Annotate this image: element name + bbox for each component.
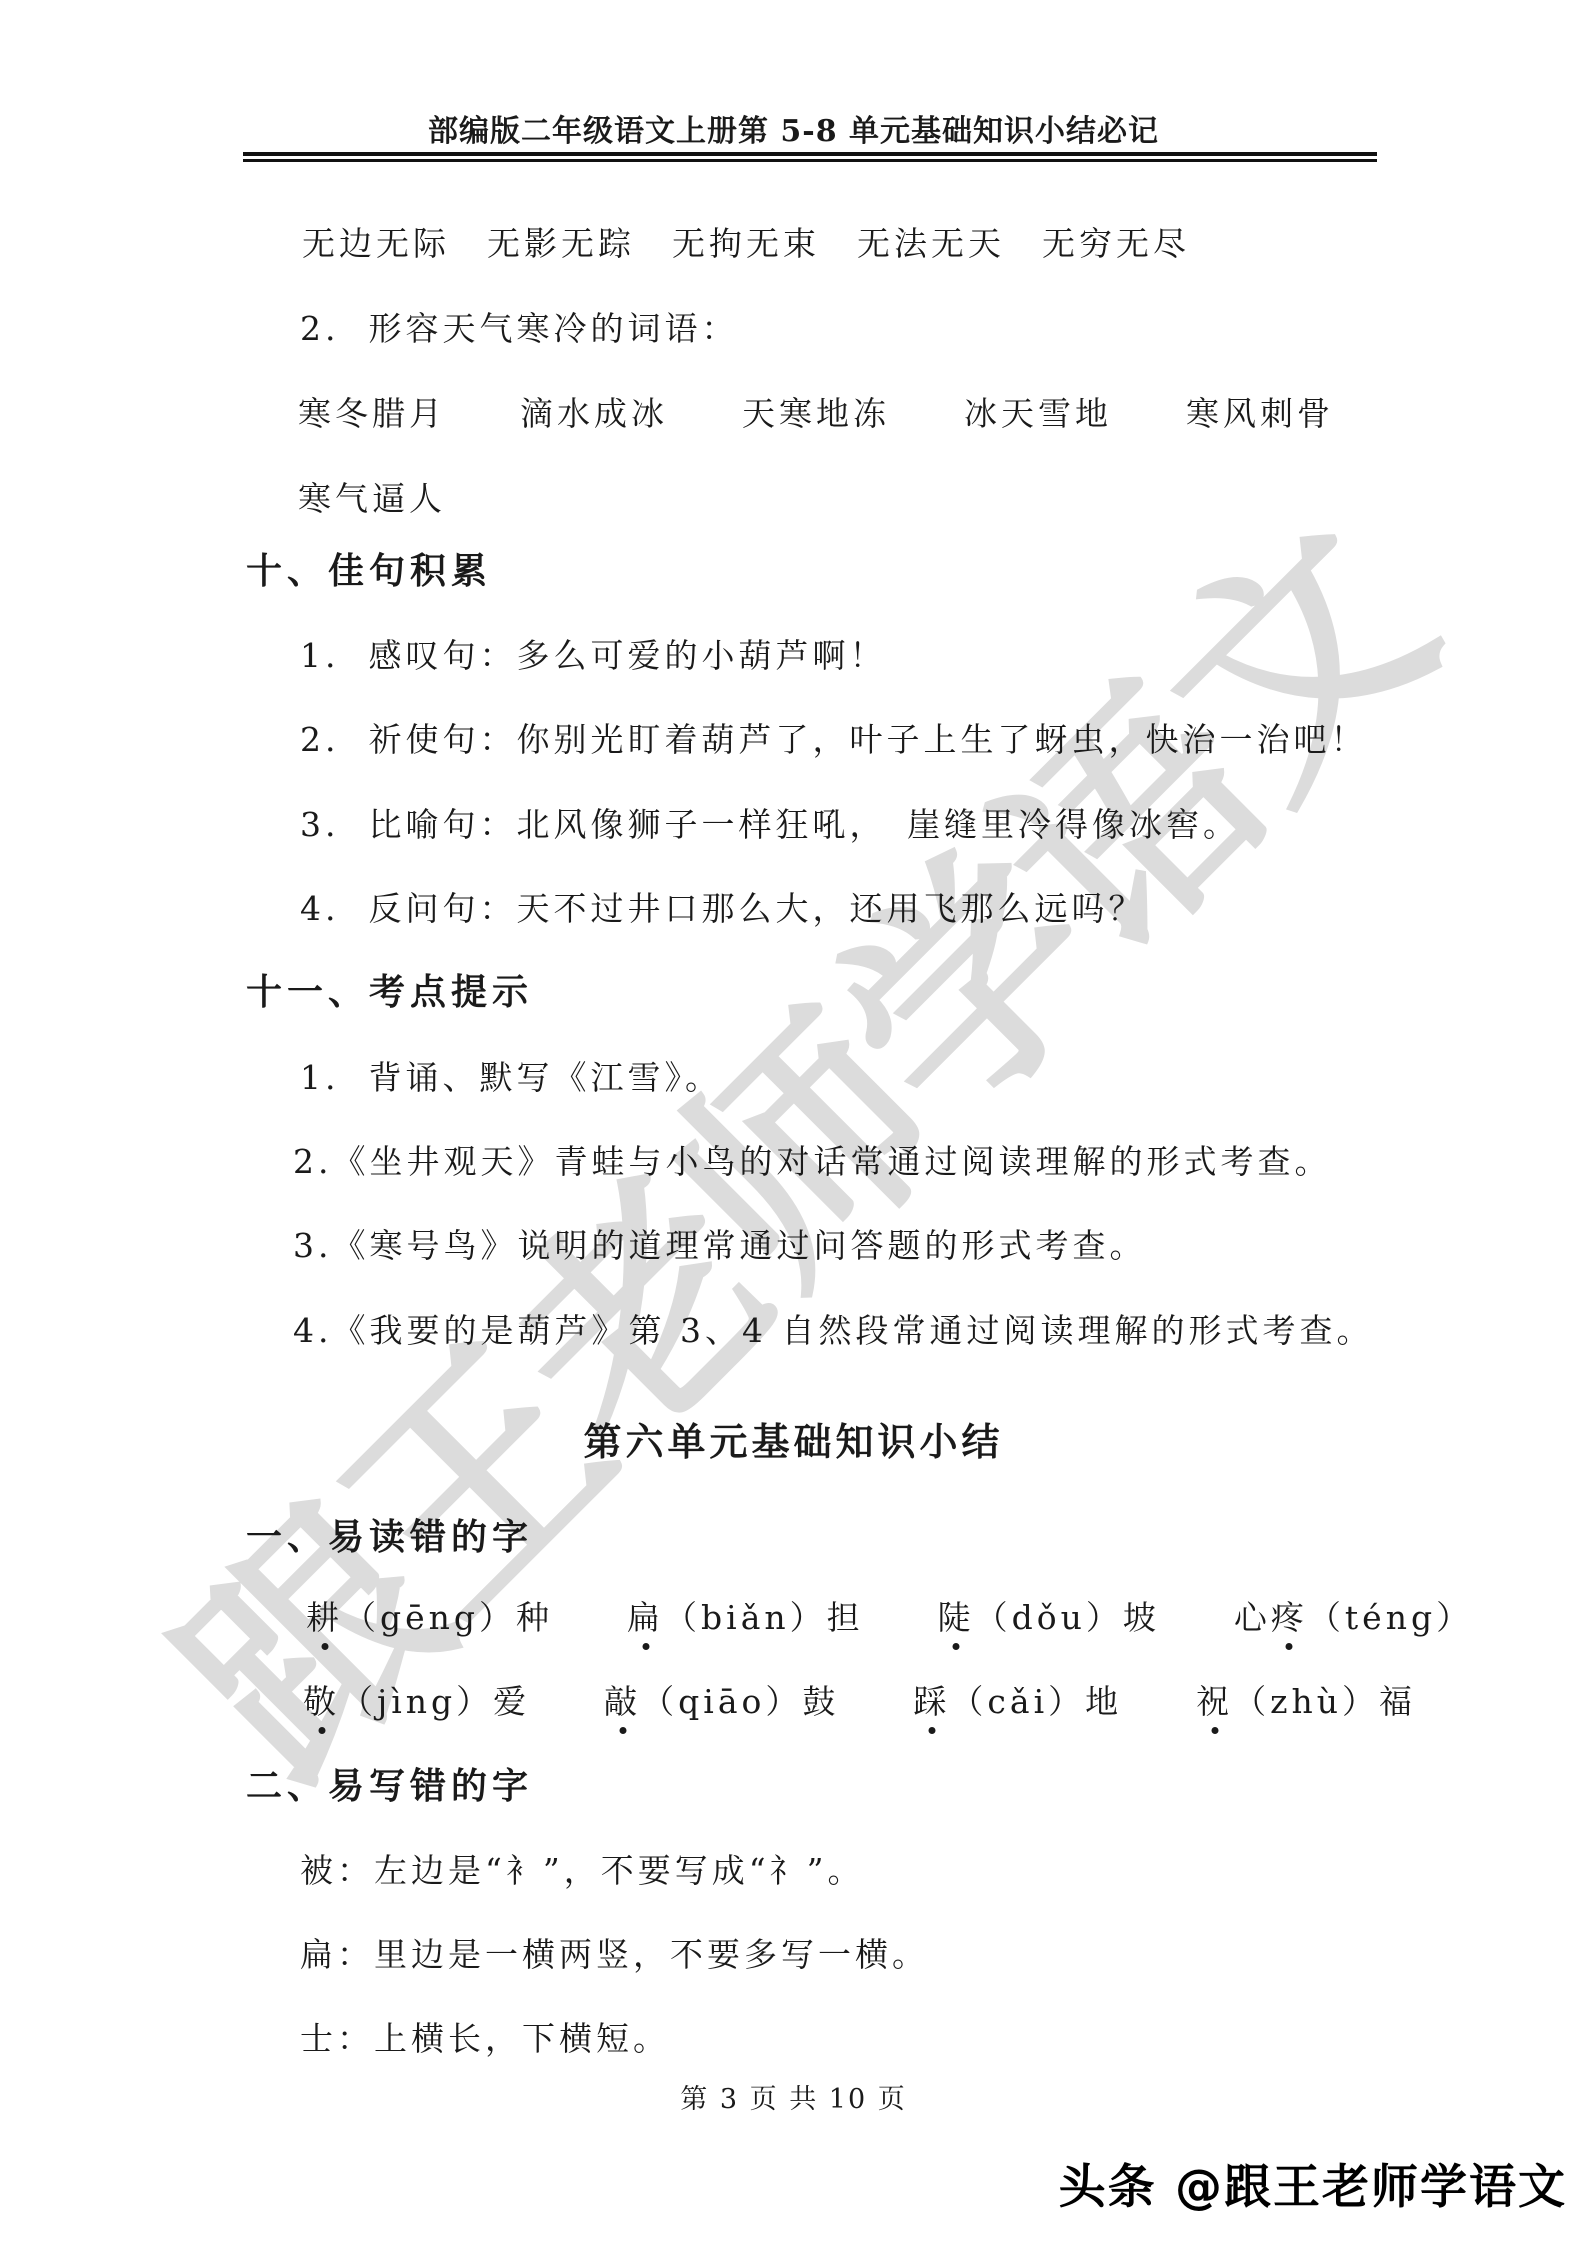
text-segment: （cǎi）地	[950, 1682, 1196, 1721]
exam-point-item-4: 4.《我要的是葫芦》第 3、4 自然段常通过阅读理解的形式考查。	[293, 1309, 1373, 1353]
text-segment: （zhù）福	[1233, 1682, 1416, 1721]
idiom-row-cold-2: 寒气逼人	[298, 477, 446, 521]
emphasized-char: 疼	[1271, 1596, 1308, 1640]
pinyin-row-1: 耕（gēng）种 扁（biǎn）担 陡（dǒu）坡 心疼（téng）	[306, 1596, 1473, 1640]
idiom-row-boundless: 无边无际 无影无踪 无拘无束 无法无天 无穷无尽	[302, 222, 1190, 266]
pinyin-row-2: 敬（jìng）爱 敲（qiāo）鼓 踩（cǎi）地 祝（zhù）福	[303, 1680, 1416, 1724]
emphasized-char: 扁	[627, 1596, 664, 1640]
note-line-bei: 被：左边是“衤”，不要写成“礻”。	[300, 1849, 864, 1893]
section-heading-sentences: 十、佳句积累	[246, 549, 492, 595]
text-segment: （dǒu）坡 心	[975, 1598, 1271, 1637]
page-number: 第 3 页 共 10 页	[0, 2083, 1587, 2117]
exam-point-item-3: 3.《寒号鸟》说明的道理常通过问答题的形式考查。	[293, 1224, 1147, 1268]
toutiao-brand-badge: 头条 @跟王老师学语文	[1059, 2160, 1567, 2216]
sentence-item-simile: 3. 比喻句：北风像狮子一样狂吼， 崖缝里冷得像冰窖。	[300, 803, 1240, 847]
text-segment: （téng）	[1308, 1598, 1473, 1637]
cold-words-label: 2. 形容天气寒冷的词语：	[300, 307, 738, 351]
exam-point-item-1: 1. 背诵、默写《江雪》。	[300, 1056, 722, 1100]
emphasized-char: 敲	[604, 1680, 641, 1724]
sentence-item-exclamatory: 1. 感叹句：多么可爱的小葫芦啊！	[300, 634, 886, 678]
text-segment: （biǎn）担	[664, 1598, 938, 1637]
page-header-title: 部编版二年级语文上册第 5-8 单元基础知识小结必记	[0, 112, 1587, 152]
section-heading-miswritten-chars: 二、易写错的字	[246, 1764, 533, 1810]
emphasized-char: 祝	[1196, 1680, 1233, 1724]
section-heading-exam-points: 十一、考点提示	[246, 970, 533, 1016]
sentence-item-imperative: 2. 祈使句：你别光盯着葫芦了，叶子上生了蚜虫，快治一治吧！	[300, 718, 1367, 762]
emphasized-char: 耕	[306, 1596, 343, 1640]
text-segment: （jìng）爱	[340, 1682, 604, 1721]
section-heading-misread-chars: 一、易读错的字	[246, 1515, 533, 1561]
unit6-title: 第六单元基础知识小结	[0, 1418, 1587, 1466]
emphasized-char: 踩	[913, 1680, 950, 1724]
emphasized-char: 陡	[938, 1596, 975, 1640]
text-segment: （qiāo）鼓	[641, 1682, 913, 1721]
header-double-rule	[243, 152, 1377, 162]
text-segment: （gēng）种	[343, 1598, 627, 1637]
sentence-item-rhetorical: 4. 反问句：天不过井口那么大，还用飞那么远吗？	[300, 887, 1145, 931]
document-page: 跟王老师学语文 部编版二年级语文上册第 5-8 单元基础知识小结必记 无边无际 …	[0, 0, 1587, 2245]
exam-point-item-2: 2.《坐井观天》青蛙与小鸟的对话常通过阅读理解的形式考查。	[293, 1140, 1332, 1184]
note-line-shi: 士：上横长，下横短。	[300, 2017, 670, 2061]
idiom-row-cold-1: 寒冬腊月 滴水成冰 天寒地冻 冰天雪地 寒风刺骨	[298, 392, 1334, 436]
note-line-bian: 扁：里边是一横两竖，不要多写一横。	[300, 1933, 929, 1977]
emphasized-char: 敬	[303, 1680, 340, 1724]
